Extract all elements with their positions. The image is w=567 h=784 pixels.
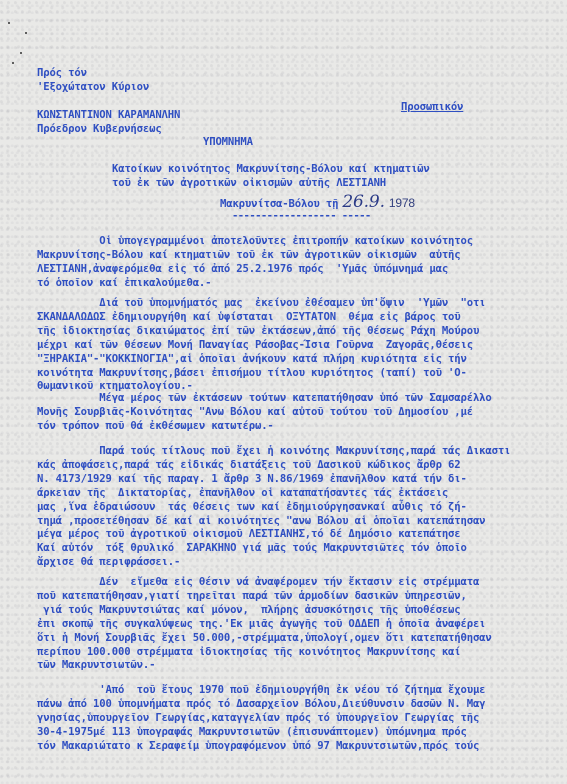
memorandum-title: ΥΠΟΜΝΗΜΑ bbox=[203, 136, 253, 150]
paper-speck bbox=[20, 52, 22, 54]
body-paragraph: Παρά τούς τίτλους ποῦ ἔχει ἡ κοινότης Μα… bbox=[37, 445, 510, 570]
paper-speck bbox=[8, 22, 10, 24]
title-underline: ------------------ ----- bbox=[232, 210, 371, 224]
place-text: Μακρυνίτσα-Βόλου τῇ bbox=[220, 198, 338, 210]
handwritten-date: 26.9. bbox=[342, 192, 385, 212]
typewritten-memorandum-page: Πρός τόν 'Εξοχώτατον Κύριον ΚΩΝΣΤΑΝΤΙΝΟΝ… bbox=[0, 0, 567, 784]
subject-block: Κατοίκων κοινότητος Μακρυνίτσης-Βόλου κα… bbox=[112, 163, 430, 191]
addressee-block: Πρός τόν 'Εξοχώτατον Κύριον ΚΩΝΣΤΑΝΤΙΝΟΝ… bbox=[37, 67, 180, 137]
paper-speck bbox=[12, 62, 14, 64]
body-paragraph: Δέν εἴμεθα εἰς θέσιν νά ἀναφέρομεν τήν ἔ… bbox=[37, 576, 492, 673]
body-paragraph: Οἱ ὑπογεγραμμένοι ἀποτελοῦντες ἐπιτροπήν… bbox=[37, 235, 473, 291]
classification-label: Προσωπικόν bbox=[401, 101, 463, 115]
body-paragraph: 'Από τοῦ ἔτους 1970 ποῦ ἐδημιουργήθη ἐκ … bbox=[37, 684, 485, 754]
body-paragraph: Διά τοῦ ὑπομνήματός μας ἐκείνου ἐθέσαμεν… bbox=[37, 297, 485, 394]
paper-speck bbox=[25, 32, 27, 34]
date-year: 1978 bbox=[389, 196, 415, 210]
body-paragraph: Μέγα μέρος τῶν ἐκτάσεων τούτων κατεπατήθ… bbox=[37, 392, 492, 434]
